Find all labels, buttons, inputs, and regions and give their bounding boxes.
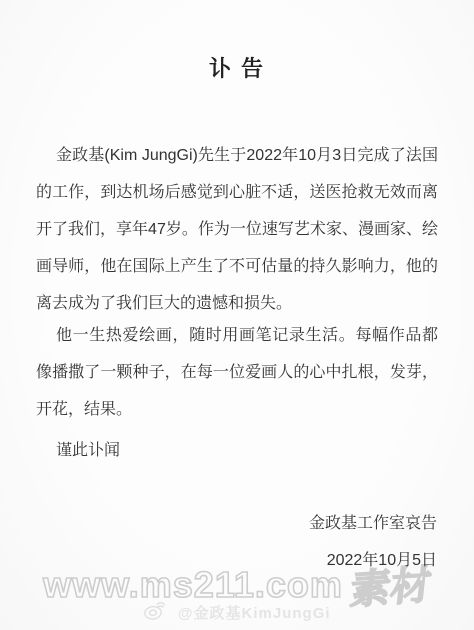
closing-phrase: 谨此讣闻: [56, 437, 120, 460]
obituary-paragraph-2: 他一生热爱绘画，随时用画笔记录生活。每幅作品都像播撒了一颗种子，在每一位爱画人的…: [36, 317, 438, 428]
signature-studio: 金政基工作室哀告: [309, 510, 437, 533]
weibo-watermark: @金政基KimJungGi: [0, 600, 474, 625]
document-date: 2022年10月5日: [327, 547, 437, 570]
obituary-document: 讣 告 金政基(Kim JungGi)先生于2022年10月3日完成了法国的工作…: [0, 0, 474, 630]
site-watermark-url: www.ms211.com: [43, 564, 343, 605]
weibo-handle-watermark: @金政基KimJungGi: [178, 605, 331, 622]
weibo-logo-icon: [142, 598, 169, 626]
document-title: 讣 告: [0, 52, 474, 83]
obituary-paragraph-1: 金政基(Kim JungGi)先生于2022年10月3日完成了法国的工作，到达机…: [36, 137, 438, 322]
